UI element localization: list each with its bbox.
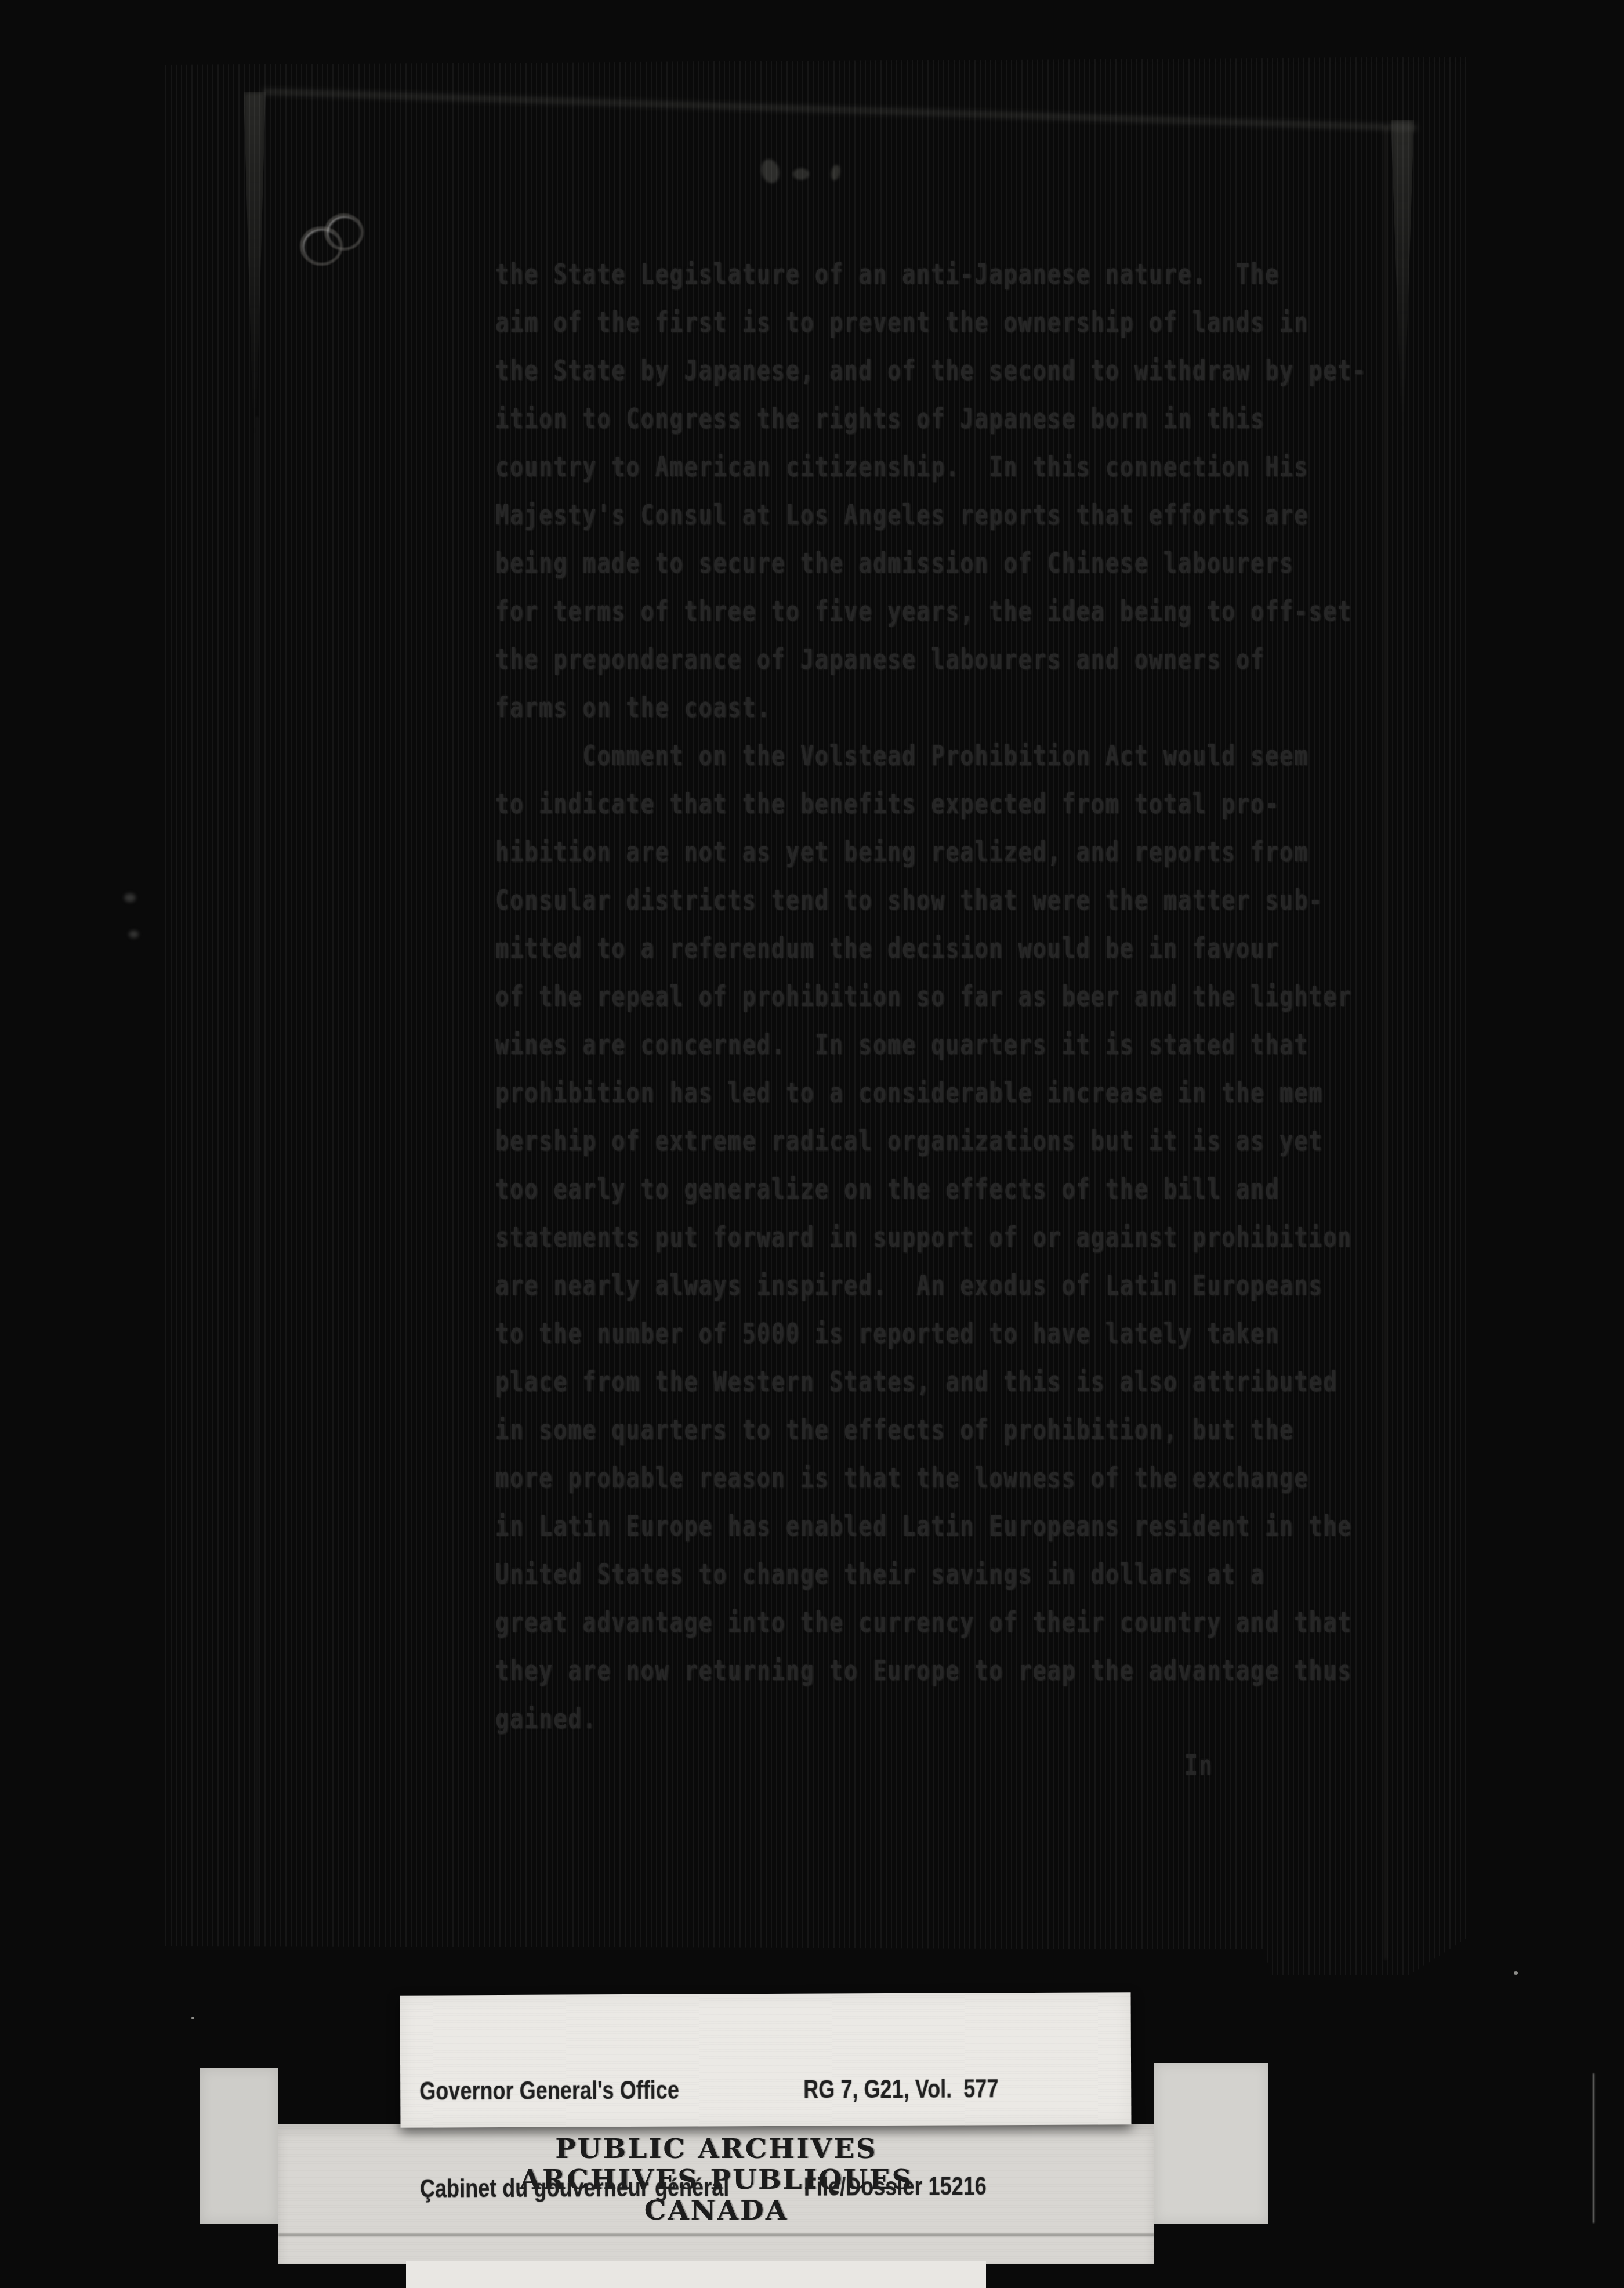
film-speck xyxy=(191,2017,194,2019)
ink-smudge xyxy=(829,164,841,182)
provenance-label-card: Governor General's Office Çabinet du gou… xyxy=(400,1992,1132,2127)
typed-line: the preponderance of Japanese labourers … xyxy=(495,636,1366,684)
typed-line: of the repeal of prohibition so far as b… xyxy=(495,973,1366,1021)
typed-line: gained. xyxy=(495,1695,1366,1743)
typed-line: prohibition has led to a considerable in… xyxy=(495,1069,1366,1117)
typed-line: Comment on the Volstead Prohibition Act … xyxy=(495,732,1366,780)
typed-line: for terms of three to five years, the id… xyxy=(495,588,1366,636)
typed-line: bership of extreme radical organizations… xyxy=(495,1117,1366,1165)
typed-line: the State by Japanese, and of the second… xyxy=(495,347,1366,395)
strip-tab-left xyxy=(200,2068,278,2224)
typed-line: statements put forward in support of or … xyxy=(495,1214,1366,1262)
typed-line: more probable reason is that the lowness… xyxy=(495,1454,1366,1503)
provenance-office-column: Governor General's Office Çabinet du gou… xyxy=(419,2009,730,2270)
right-corner-shadow xyxy=(1391,120,1414,427)
film-blemish xyxy=(124,893,136,902)
file-dossier-reference: File/Dossier 15216 xyxy=(804,2170,999,2203)
typed-line: great advantage into the currency of the… xyxy=(495,1599,1366,1647)
typed-line: to indicate that the benefits expected f… xyxy=(495,780,1366,828)
film-blemish xyxy=(129,931,139,938)
record-group-reference: RG 7, G21, Vol. 577 xyxy=(803,2073,998,2106)
typed-line: country to American citizenship. In this… xyxy=(495,443,1366,491)
typed-line: mitted to a referendum the decision woul… xyxy=(495,925,1366,973)
typed-line: ition to Congress the rights of Japanese… xyxy=(495,395,1366,443)
left-corner-shadow xyxy=(244,92,266,434)
typed-line: hibition are not as yet being realized, … xyxy=(495,828,1366,877)
ink-smudge xyxy=(759,157,781,185)
typed-text-block: the State Legislature of an anti-Japanes… xyxy=(495,251,1366,1743)
typed-line: aim of the first is to prevent the owner… xyxy=(495,299,1366,347)
office-name-fr: Çabinet du gouverneur général xyxy=(420,2171,730,2205)
typed-line: the State Legislature of an anti-Japanes… xyxy=(495,251,1366,299)
typed-line: to the number of 5000 is reported to hav… xyxy=(495,1310,1366,1358)
microfilm-frame: the State Legislature of an anti-Japanes… xyxy=(0,0,1624,2288)
embossed-ring-mark xyxy=(324,213,364,251)
typed-line: farms on the coast. xyxy=(495,684,1366,732)
typed-line: in some quarters to the effects of prohi… xyxy=(495,1406,1366,1454)
typed-line: place from the Western States, and this … xyxy=(495,1358,1366,1406)
film-scratch xyxy=(1593,2073,1594,2223)
catchword: In xyxy=(1184,1742,1213,1790)
ink-smudge xyxy=(793,168,809,180)
typed-line: United States to change their savings in… xyxy=(495,1551,1366,1599)
typed-line: Consular districts tend to show that wer… xyxy=(495,877,1366,925)
right-margin-crease xyxy=(1384,126,1387,1960)
typed-line: being made to secure the admission of Ch… xyxy=(495,540,1366,588)
film-speck xyxy=(1514,1971,1518,1975)
typed-line: they are now returning to Europe to reap… xyxy=(495,1647,1366,1695)
provenance-reference-column: RG 7, G21, Vol. 577 File/Dossier 15216 xyxy=(803,2008,999,2268)
typed-line: too early to generalize on the effects o… xyxy=(495,1165,1366,1214)
strip-tab-right xyxy=(1154,2063,1268,2224)
office-name-en: Governor General's Office xyxy=(419,2074,729,2108)
typed-line: in Latin Europe has enabled Latin Europe… xyxy=(495,1503,1366,1551)
typed-line: are nearly always inspired. An exodus of… xyxy=(495,1262,1366,1310)
typed-line: Majesty's Consul at Los Angeles reports … xyxy=(495,491,1366,540)
typed-line: wines are concerned. In some quarters it… xyxy=(495,1021,1366,1069)
left-margin-crease xyxy=(256,417,258,1965)
